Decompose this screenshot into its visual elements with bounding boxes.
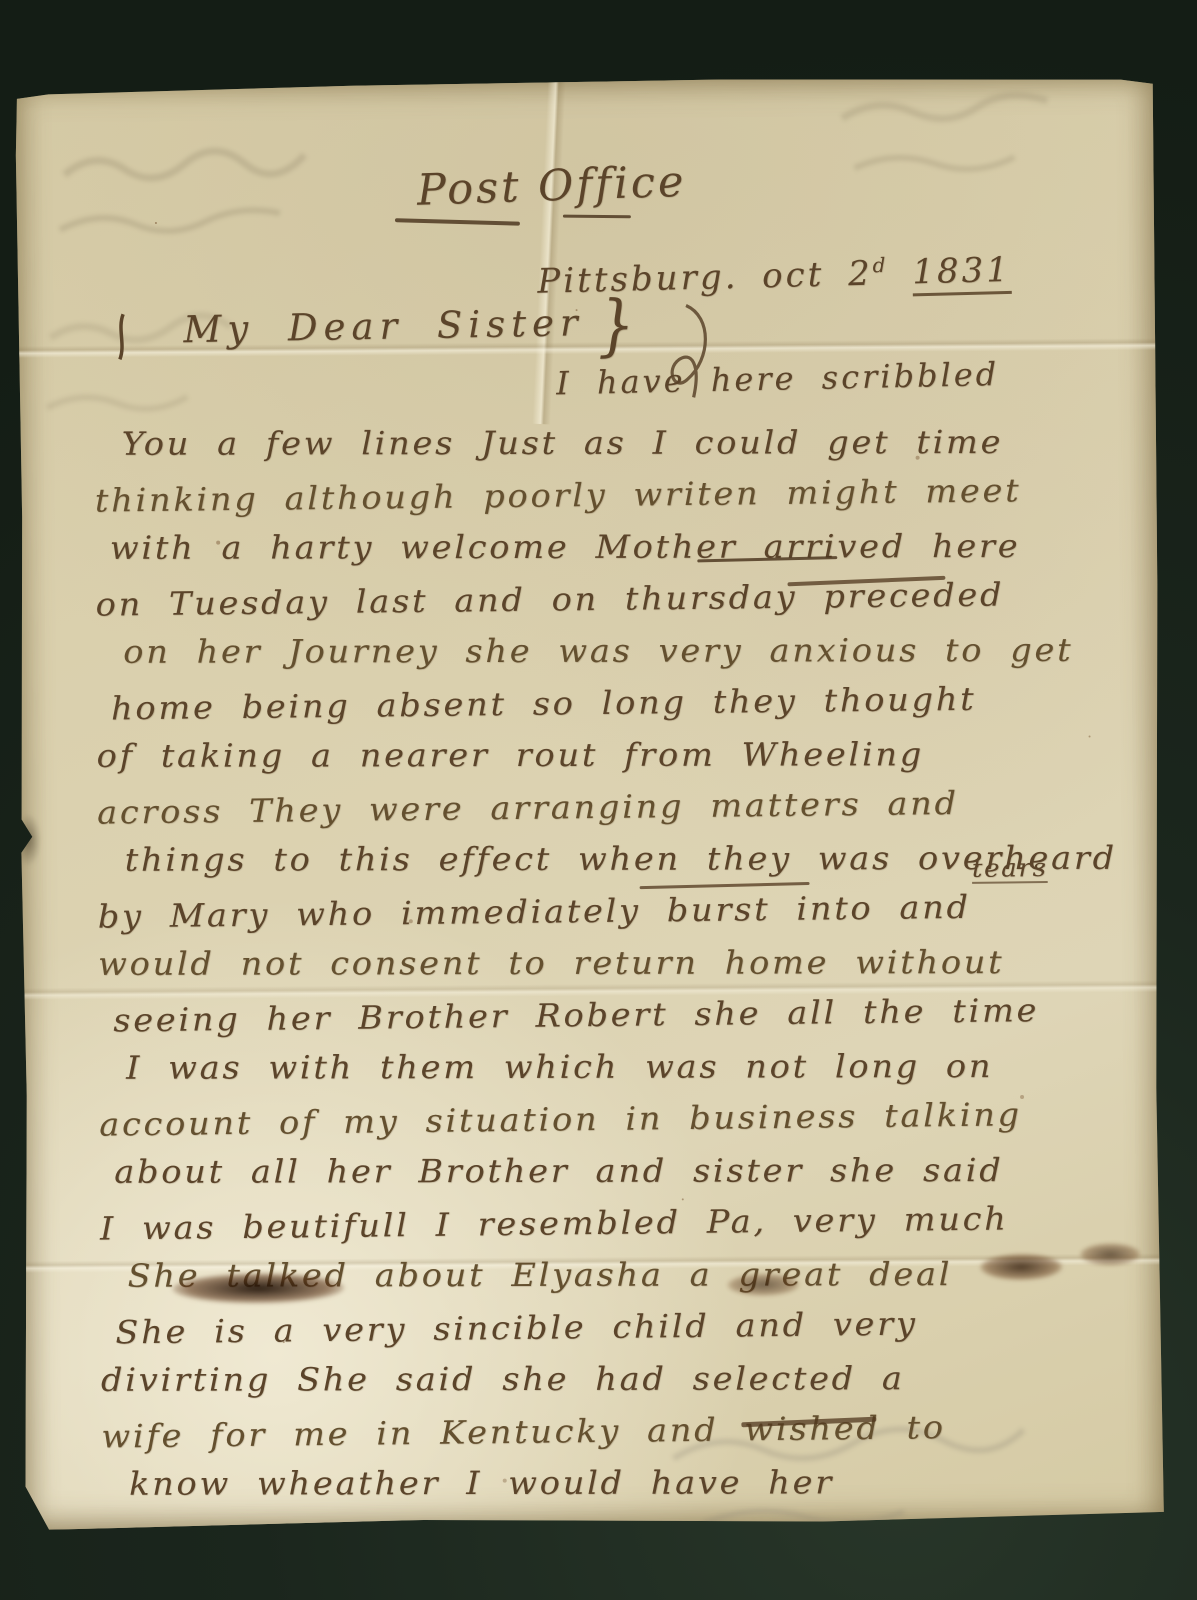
letter-line: on her Journey she was very anxious to g… bbox=[123, 624, 1125, 678]
letter-line: on Tuesday last and on thursday preceded bbox=[95, 567, 1125, 630]
photo-background: { "colors": { "background": "#1b261d", "… bbox=[0, 0, 1197, 1600]
stray-ink-mark bbox=[111, 309, 132, 364]
dateline-day-suffix: d bbox=[872, 253, 888, 277]
letter-line: You a few lines Just as I could get time bbox=[122, 416, 1124, 470]
letter-line: wife for me in Kentucky and wished to bbox=[101, 1399, 1131, 1462]
letter-line: about all her Brother and sister she sai… bbox=[114, 1144, 1128, 1198]
dateline-year: 1831 bbox=[912, 250, 1012, 296]
letter-line: by Mary who immediately burst into and t… bbox=[97, 879, 1127, 942]
letter-body: You a few lines Just as I could get time… bbox=[94, 413, 1131, 1512]
letter-line: with a harty welcome Mother arrived here bbox=[110, 520, 1124, 574]
show-through-writing bbox=[54, 133, 355, 265]
letter-line: of taking a nearer rout from Wheeling bbox=[97, 728, 1126, 782]
letter-paper: Post Office Pittsburg. oct 2d 1831 My De… bbox=[14, 75, 1165, 1530]
dateline-month: oct bbox=[762, 255, 825, 297]
dateline-day: 2 bbox=[848, 254, 874, 295]
foxing-spots bbox=[155, 222, 157, 224]
letter-line: know wheather I would have her bbox=[129, 1456, 1131, 1510]
letter-line: She is a very sincible child and very bbox=[115, 1295, 1130, 1358]
salutation-brace: } bbox=[597, 297, 641, 353]
letter-line: would not consent to return home without bbox=[98, 936, 1127, 990]
letter-heading: Post Office bbox=[386, 156, 717, 217]
letter-line: I was beutifull I resembled Pa, very muc… bbox=[100, 1191, 1130, 1254]
letter-line-text: by Mary who immediately burst into and bbox=[98, 888, 971, 936]
show-through-writing bbox=[834, 81, 1135, 193]
letter-line: seeing her Brother Robert she all the ti… bbox=[113, 983, 1128, 1046]
opening-line: I have here scribbled bbox=[556, 355, 1000, 402]
inserted-word: tears bbox=[972, 855, 1048, 884]
edge-tear bbox=[15, 813, 41, 867]
letter-line: home being absent so long they thought bbox=[111, 671, 1126, 734]
letter-line: thinking although poorly writen might me… bbox=[95, 463, 1125, 526]
letter-line: across They were arranging matters and bbox=[97, 775, 1127, 838]
letter-line: account of my situation in business talk… bbox=[99, 1087, 1129, 1150]
letter-line: divirting She said she had selected a bbox=[101, 1352, 1130, 1406]
letter-line: I was with them which was not long on bbox=[126, 1040, 1128, 1094]
heading-underline bbox=[395, 218, 520, 225]
heading-underline bbox=[563, 215, 631, 219]
salutation-text: My Dear Sister bbox=[183, 301, 584, 351]
